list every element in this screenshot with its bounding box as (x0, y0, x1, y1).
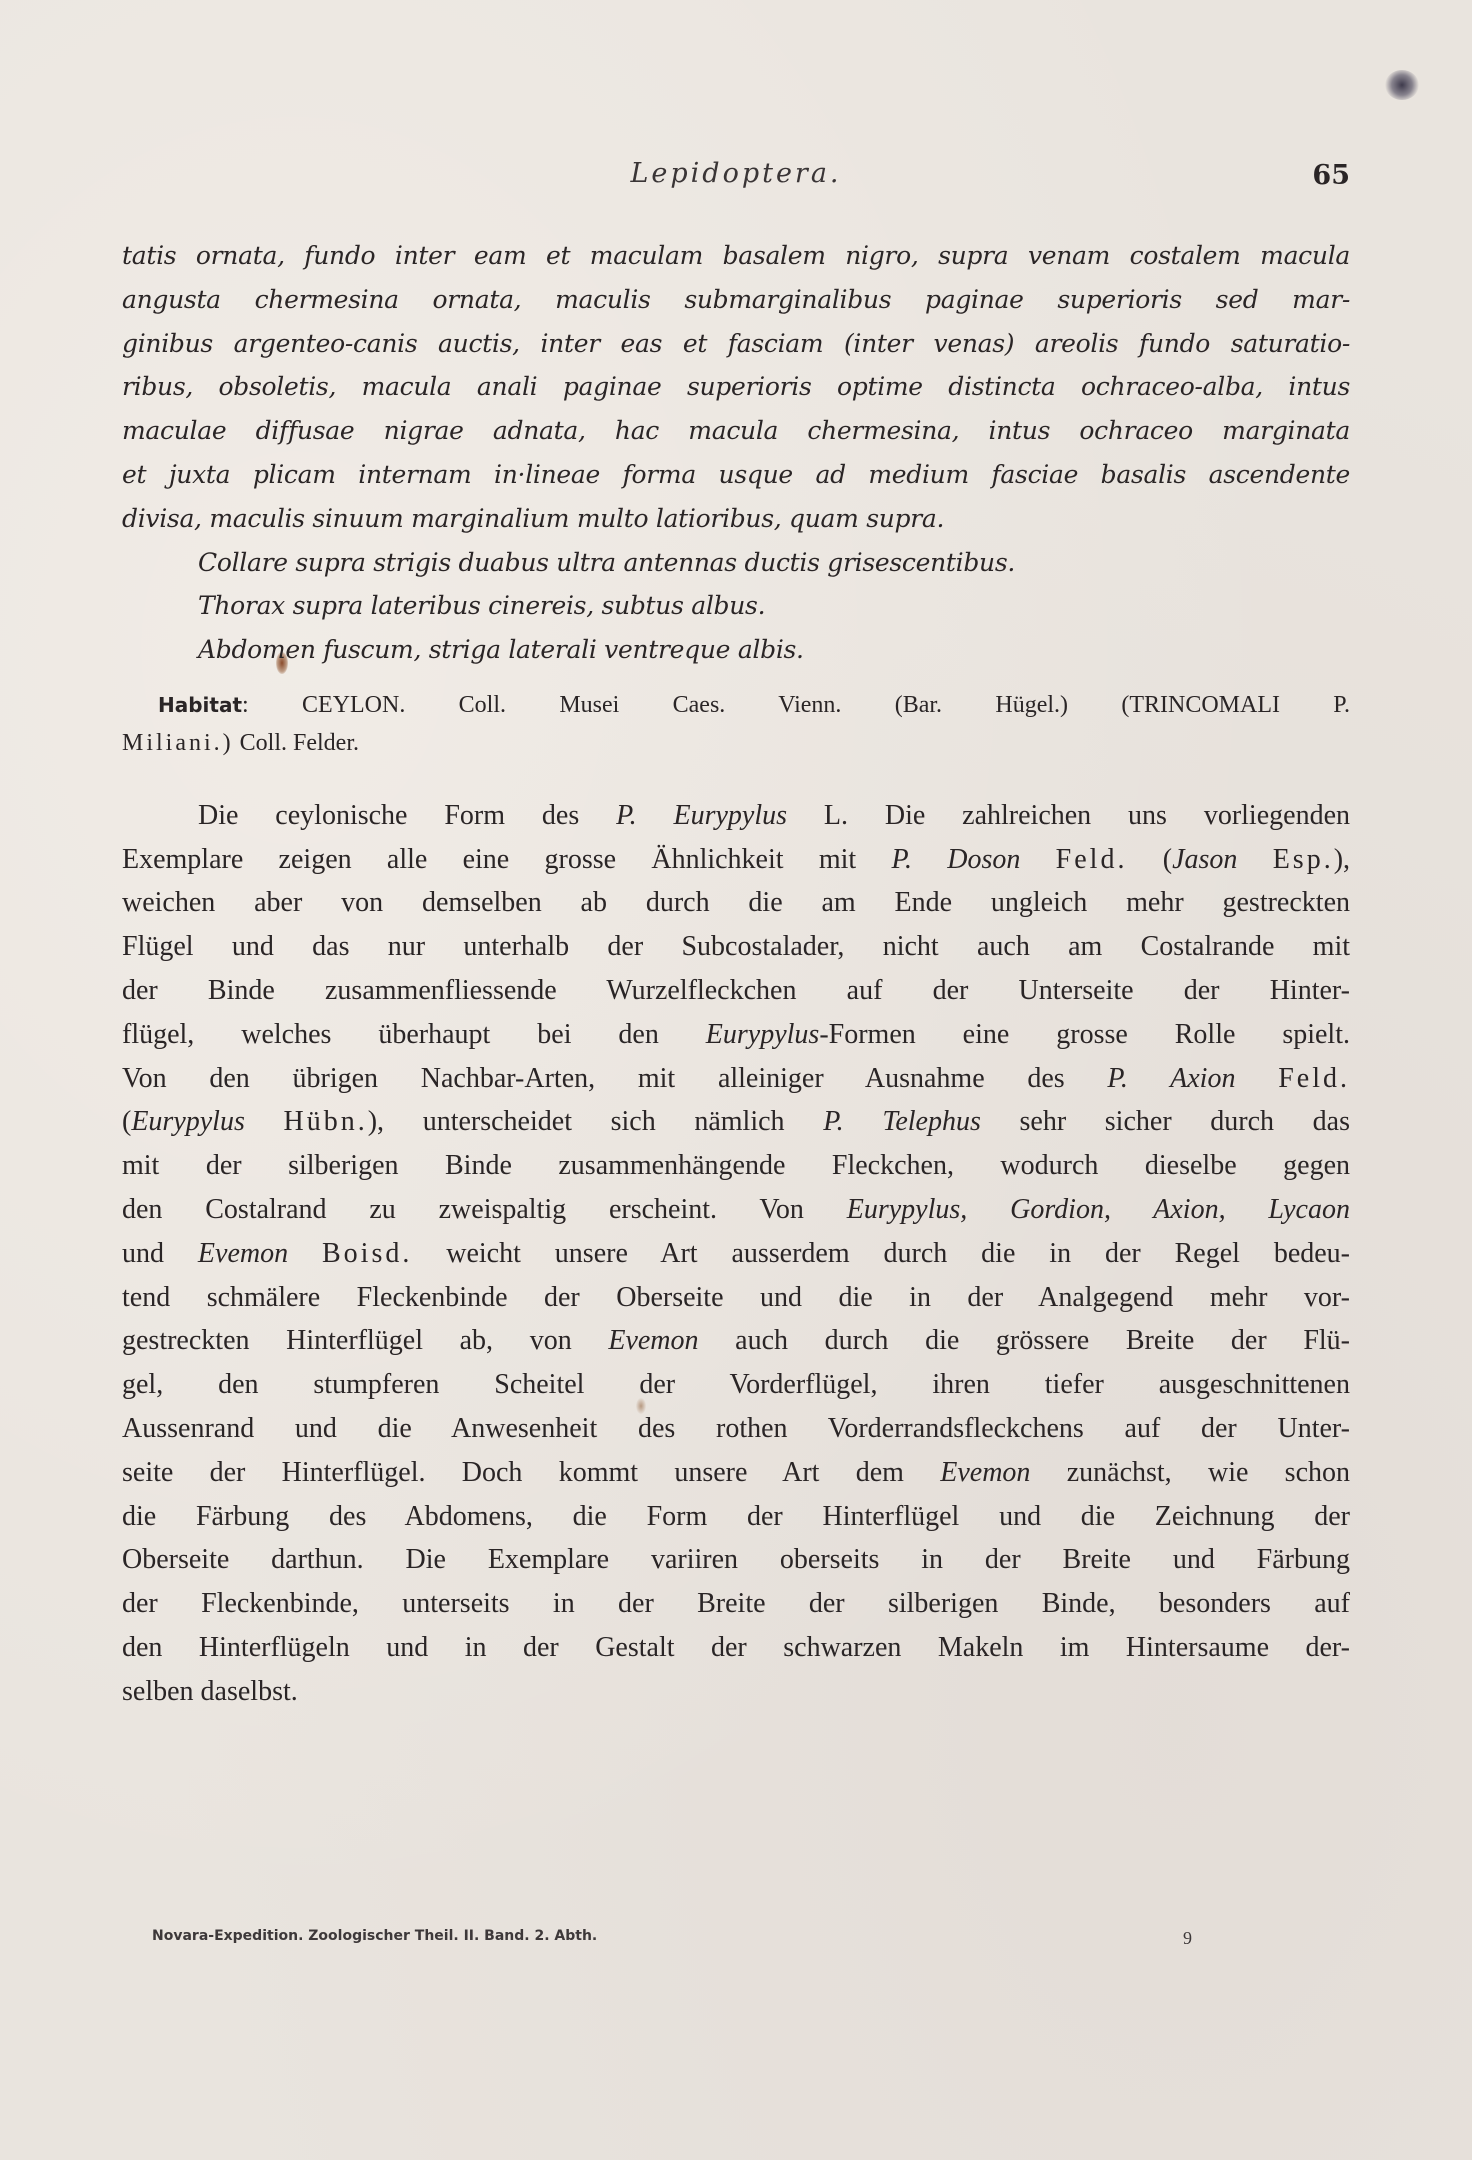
german-line: und Evemon Boisd. weicht unsere Art auss… (122, 1232, 1350, 1276)
taxon-name: Evemon (940, 1457, 1030, 1488)
author-abbrev: Feld. (1056, 844, 1128, 875)
german-line: tend schmälere Fleckenbinde der Oberseit… (122, 1276, 1350, 1320)
german-line: Exemplare zeigen alle eine grosse Ähnlic… (122, 838, 1350, 882)
german-line: Flügel und das nur unterhalb der Subcost… (122, 925, 1350, 969)
latin-line: ribus, obsoletis, macula anali paginae s… (122, 365, 1350, 409)
page-number: 65 (1312, 160, 1350, 191)
taxon-name: P. Doson (891, 844, 1020, 875)
collare-line: Collare supra strigis duabus ultra anten… (122, 541, 1350, 585)
latin-line: tatis ornata, fundo inter eam et maculam… (122, 234, 1350, 278)
german-line: selben daselbst. (122, 1670, 1350, 1714)
habitat-collection: Coll. Felder. (234, 730, 359, 756)
taxon-name: Jason (1172, 844, 1237, 875)
author-abbrev: Feld. (1278, 1063, 1350, 1094)
running-title: Lepidoptera. (122, 158, 1350, 189)
taxon-name: Evemon (198, 1238, 288, 1269)
ink-blot (1385, 70, 1419, 100)
latin-line: et juxta plicam internam in·lineae forma… (122, 453, 1350, 497)
taxon-name: P. Axion (1107, 1063, 1235, 1094)
author-abbrev: Esp. (1273, 844, 1334, 875)
taxon-name: P. Eurypylus (616, 800, 787, 831)
habitat-line-2: Miliani.) Coll. Felder. (122, 728, 1350, 766)
taxon-name: P. Telephus (823, 1106, 981, 1137)
german-line: Die ceylonische Form des P. Eurypylus L.… (122, 794, 1350, 838)
thorax-line: Thorax supra lateribus cinereis, subtus … (122, 584, 1350, 628)
habitat-line-1: Habitat: CEYLON. Coll. Musei Caes. Vienn… (122, 684, 1350, 728)
german-line: (Eurypylus Hübn.), unterscheidet sich nä… (122, 1100, 1350, 1144)
german-commentary: Die ceylonische Form des P. Eurypylus L.… (122, 794, 1350, 1714)
german-line: die Färbung des Abdomens, die Form der H… (122, 1495, 1350, 1539)
german-line: der Binde zusammenfliessende Wurzelfleck… (122, 969, 1350, 1013)
latin-line: angusta chermesina ornata, maculis subma… (122, 278, 1350, 322)
german-line: Oberseite darthun. Die Exemplare variire… (122, 1538, 1350, 1582)
german-line: Aussenrand und die Anwesenheit des rothe… (122, 1407, 1350, 1451)
german-line: Von den übrigen Nachbar-Arten, mit allei… (122, 1057, 1350, 1101)
page-header: Lepidoptera. 65 (122, 158, 1350, 198)
page-body: tatis ornata, fundo inter eam et maculam… (122, 234, 1350, 1714)
habitat-text: : CEYLON. Coll. Musei Caes. Vienn. (Bar.… (242, 692, 1350, 718)
german-line: gel, den stumpferen Scheitel der Vorderf… (122, 1363, 1350, 1407)
taxon-name: Eurypylus (706, 1019, 820, 1050)
german-line: seite der Hinterflügel. Doch kommt unser… (122, 1451, 1350, 1495)
document-page: Lepidoptera. 65 tatis ornata, fundo inte… (0, 0, 1472, 2160)
signature-mark: 9 (1183, 1928, 1192, 1949)
latin-line: ginibus argenteo-canis auctis, inter eas… (122, 322, 1350, 366)
taxon-name: Eurypylus (131, 1106, 245, 1137)
german-line: den Costalrand zu zweispaltig erscheint.… (122, 1188, 1350, 1232)
latin-description: tatis ornata, fundo inter eam et maculam… (122, 234, 1350, 541)
german-line: den Hinterflügeln und in der Gestalt der… (122, 1626, 1350, 1670)
author-abbrev: Hübn. (284, 1106, 368, 1137)
latin-line: maculae diffusae nigrae adnata, hac macu… (122, 409, 1350, 453)
german-line: weichen aber von demselben ab durch die … (122, 881, 1350, 925)
collector-name: Miliani.) (122, 730, 234, 756)
publication-title: Novara-Expedition. Zoologischer Theil. I… (152, 1928, 597, 1944)
german-line: flügel, welches überhaupt bei den Eurypy… (122, 1013, 1350, 1057)
page-footer: Novara-Expedition. Zoologischer Theil. I… (152, 1928, 1192, 1944)
habitat-label: Habitat (158, 693, 242, 717)
latin-line: divisa, maculis sinuum marginalium multo… (122, 497, 1350, 541)
taxon-name: Eurypylus, Gordion, Axion, Lycaon (847, 1194, 1350, 1225)
german-line: der Fleckenbinde, unterseits in der Brei… (122, 1582, 1350, 1626)
taxon-name: Evemon (608, 1325, 698, 1356)
author-abbrev: Boisd. (322, 1238, 412, 1269)
german-line: gestreckten Hinterflügel ab, von Evemon … (122, 1319, 1350, 1363)
german-line: mit der silberigen Binde zusammenhängend… (122, 1144, 1350, 1188)
abdomen-line: Abdomen fuscum, striga laterali ventrequ… (122, 628, 1350, 672)
